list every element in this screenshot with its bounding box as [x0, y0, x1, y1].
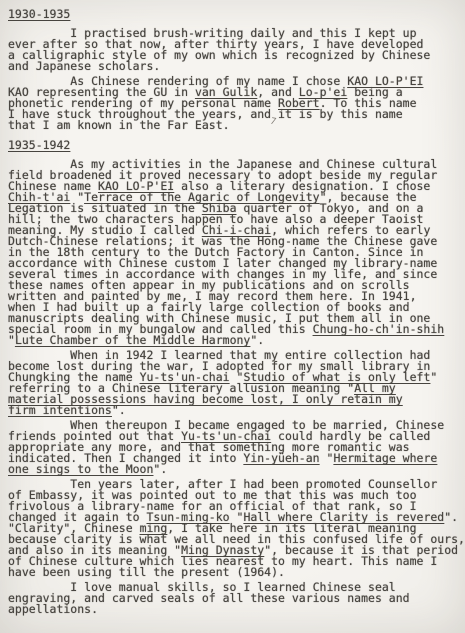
document-text: 1930-1935 I practised brush-writing dail…	[8, 9, 465, 615]
paragraph: As my activities in the Japanese and Chi…	[8, 159, 465, 346]
paragraph: I practised brush-writing daily and this…	[8, 28, 465, 72]
text-line: firm intentions".	[8, 405, 465, 416]
text-line: one sings to the Moon".	[8, 464, 465, 475]
paragraph: Ten years later, after I had been promot…	[8, 479, 465, 578]
text-line: and Japanese scholars.	[8, 61, 465, 72]
document-page: 1930-1935 I practised brush-writing dail…	[0, 0, 465, 633]
section-heading: 1935-1942	[8, 140, 465, 151]
paragraph: I love manual skills, so I learned Chine…	[8, 582, 465, 615]
text-line: have been using till the present (1964).	[8, 567, 465, 578]
paragraph: When in 1942 I learned that my entire co…	[8, 350, 465, 416]
paragraph: As Chinese rendering of my name I chose …	[8, 76, 465, 131]
text-line: that I am known in the Far East.	[8, 120, 465, 131]
text-line: "Lute Chamber of the Middle Harmony".	[8, 335, 465, 346]
section-heading: 1930-1935	[8, 9, 465, 20]
paragraph: When thereupon I became engaged to be ma…	[8, 420, 465, 475]
text-line: appellations.	[8, 604, 465, 615]
